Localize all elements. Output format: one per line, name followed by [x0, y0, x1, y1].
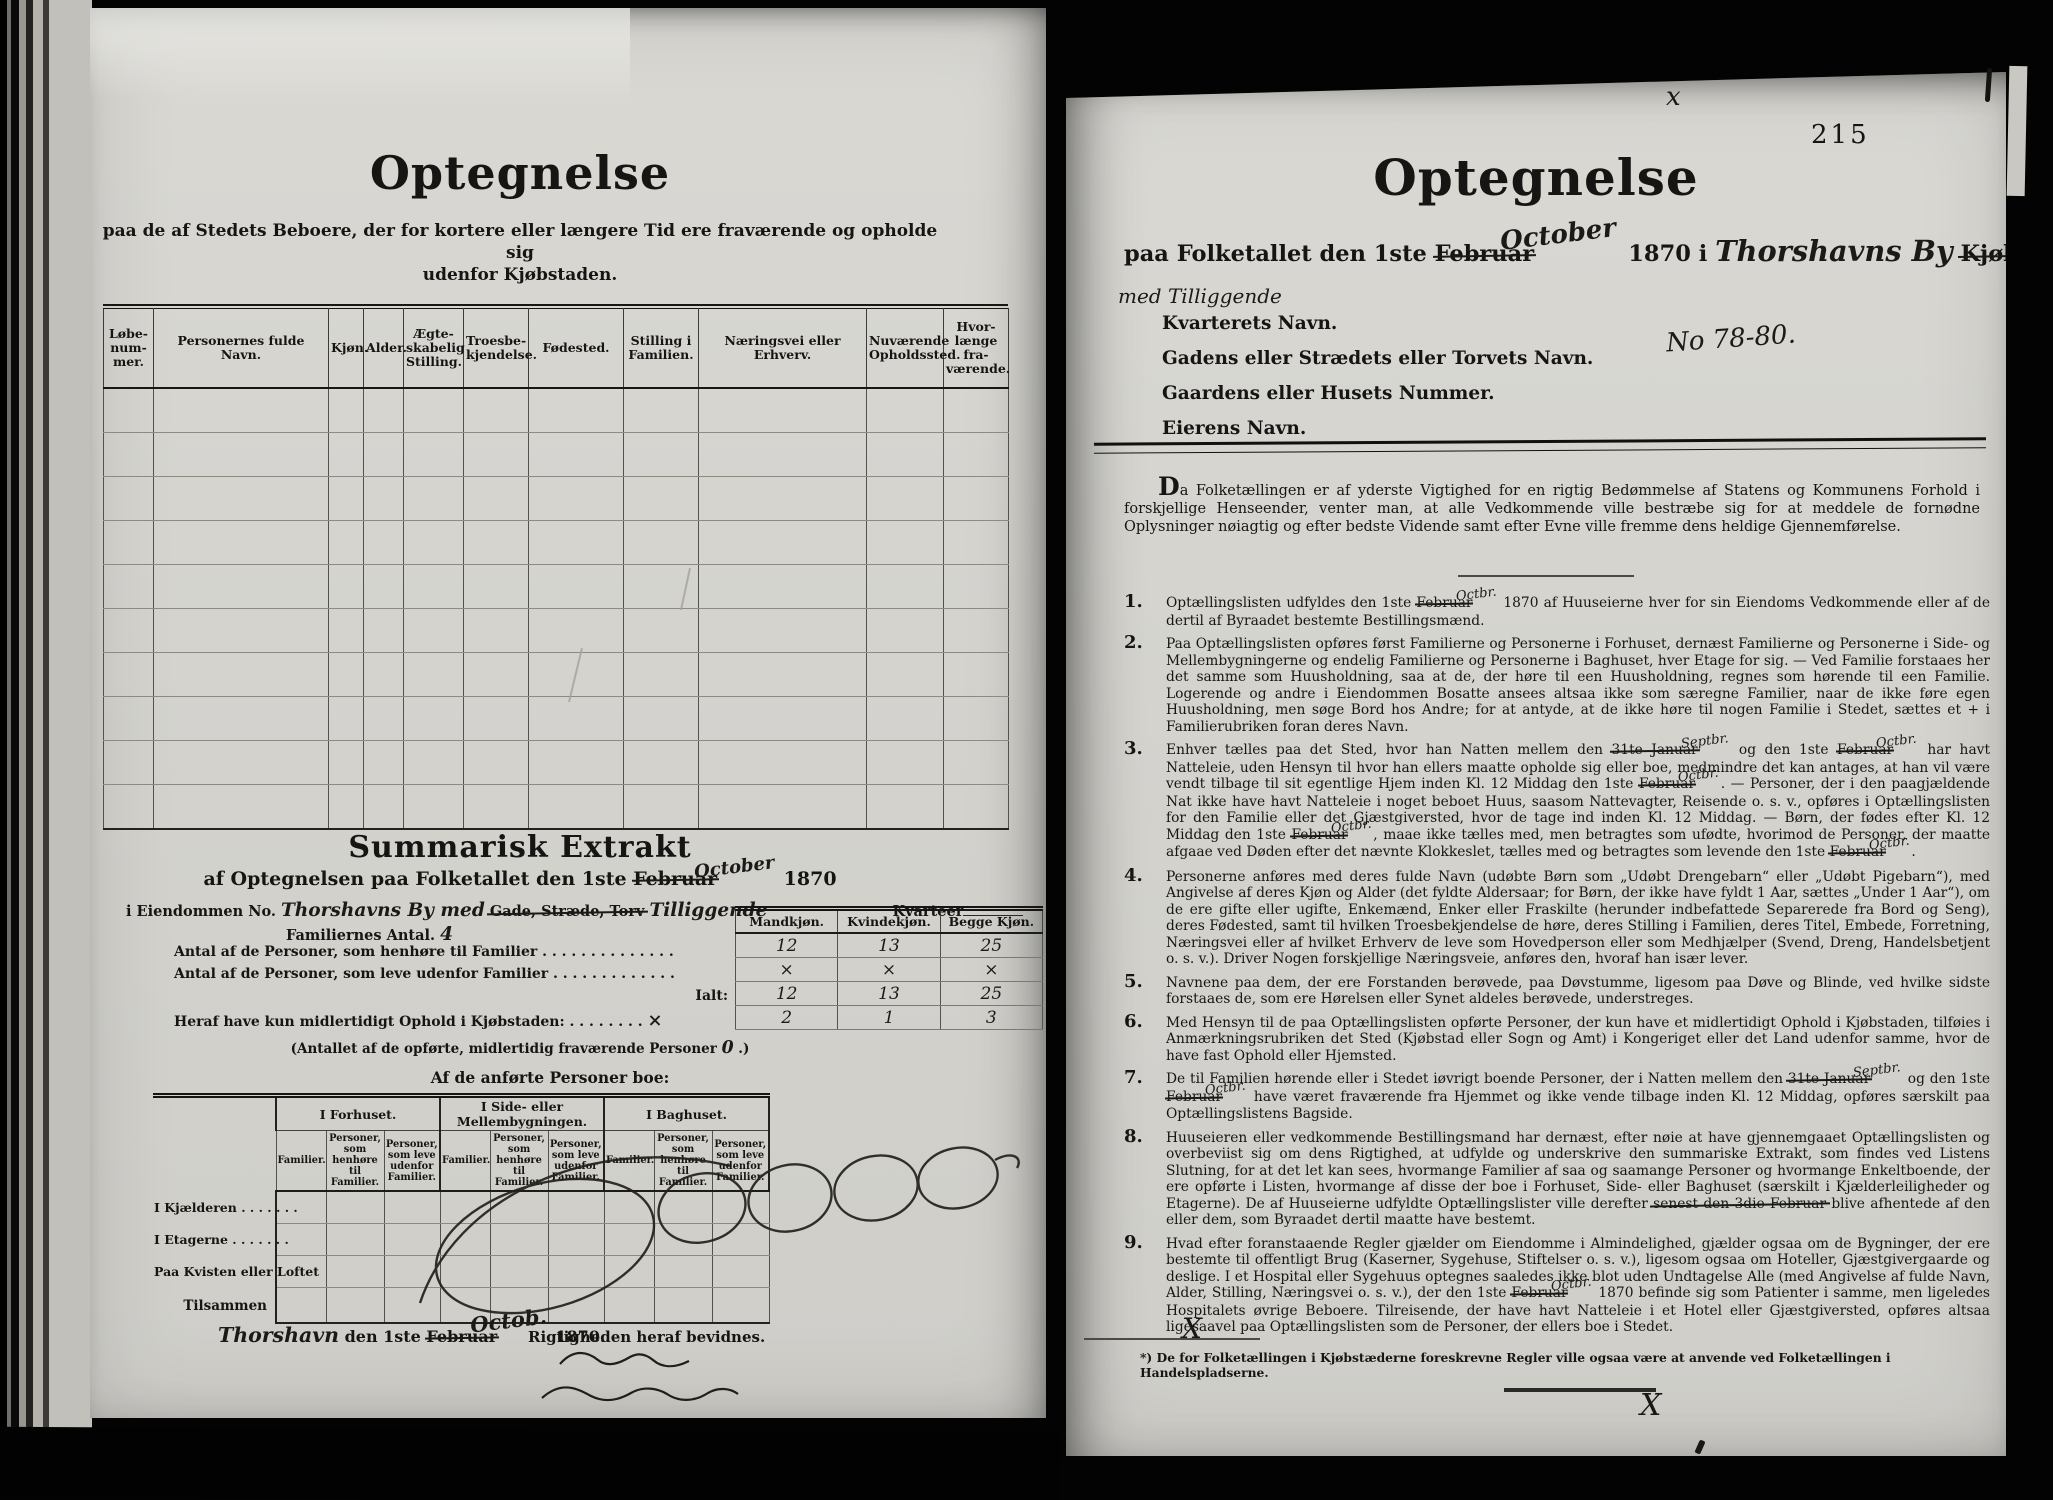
roster-empty-row	[104, 741, 1009, 785]
extract-subtitle: af Optegnelsen paa Folketallet den 1ste …	[90, 868, 950, 890]
right-page: 215 Optegnelse paa Folketallet den 1ste …	[1066, 72, 2006, 1456]
instruction-item: 1. Optællingslisten udfyldes den 1ste Fe…	[1166, 595, 1990, 629]
footnote-divider	[1084, 1338, 1260, 1340]
stats-row: 213	[736, 1006, 1043, 1030]
left-page: Optegnelse paa de af Stedets Beboere, de…	[90, 8, 1046, 1418]
instruction-item: 6. Med Hensyn til de paa Optællingsliste…	[1166, 1015, 1990, 1065]
roster-header-cell: Nuværende Opholdssted.	[867, 309, 944, 389]
housing-row-label: Paa Kvisten eller Loftet	[153, 1256, 276, 1288]
housing-corner	[153, 1096, 276, 1131]
stats-row2-label: Antal af de Personer, som leve udenfor F…	[174, 966, 675, 982]
instruction-item: 9. Hvad efter foranstaaende Regler gjæld…	[1166, 1236, 1990, 1336]
stats-value: 25	[940, 933, 1042, 958]
stats-header-cell: Kvindekjøn.	[838, 909, 940, 934]
stats-value: 13	[838, 982, 940, 1006]
subtitle-line-2: udenfor Kjøbstaden.	[90, 264, 950, 286]
stats-value: 25	[940, 982, 1042, 1006]
item-number: 6.	[1124, 1014, 1143, 1031]
housing-subcol: Personer, som leve udenfor Familier.	[548, 1131, 604, 1192]
stats-value: 2	[736, 1006, 838, 1030]
bottom-divider	[1504, 1388, 1656, 1392]
roster-header-row: Løbe-num-mer.Personernes fulde Navn.Kjøn…	[104, 309, 1009, 389]
instruction-item: 4. Personerne anføres med deres fulde Na…	[1166, 869, 1990, 968]
roster-empty-row	[104, 565, 1009, 609]
housing-row-label: I Kjælderen . . . . . . .	[153, 1191, 276, 1224]
item-number: 9.	[1124, 1235, 1143, 1252]
item-text: Med Hensyn til de paa Optællingslisten o…	[1166, 1015, 1990, 1064]
instruction-item: 3. Enhver tælles paa det Sted, hvor han …	[1166, 742, 1990, 862]
header-field: Gaardens eller Husets Nummer.	[1162, 376, 1762, 411]
instruction-item: 7. De til Familien hørende eller i Stede…	[1166, 1071, 1990, 1123]
x-mark-top: x	[1666, 82, 1681, 112]
housing-total-label: Tilsammen	[153, 1288, 276, 1324]
housing-subcol: Personer, som henhøre til Familier.	[326, 1131, 384, 1192]
item-number: 2.	[1124, 635, 1143, 652]
book-fore-edge	[0, 0, 92, 1444]
roster-header-cell: Alder.	[364, 309, 404, 389]
med-tilliggende-handwritten: med Tilliggende	[1118, 284, 1282, 308]
item-number: 1.	[1124, 594, 1143, 611]
roster-table-wrap: Løbe-num-mer.Personernes fulde Navn.Kjøn…	[103, 304, 1008, 830]
roster-header-cell: Ægte-skabelig Stilling.	[404, 309, 464, 389]
housing-subcol: Familier.	[276, 1131, 326, 1192]
stats-row1-label: Antal af de Personer, som henhøre til Fa…	[174, 944, 674, 960]
subtitle-line-1: paa de af Stedets Beboere, der for korte…	[90, 220, 950, 264]
stats-value: 3	[940, 1006, 1042, 1030]
stats-value: ×	[736, 958, 838, 982]
right-page-title: Optegnelse	[1066, 148, 2006, 207]
stats-ialt-label: Ialt:	[490, 988, 728, 1004]
stats-body: 121325 ××× 121325 213	[736, 933, 1043, 1030]
instruction-item: 2. Paa Optællingslisten opføres først Fa…	[1166, 636, 1990, 735]
stats-row: ×××	[736, 958, 1043, 982]
item-number: 4.	[1124, 868, 1143, 885]
item-number: 8.	[1124, 1129, 1143, 1146]
section-divider	[1458, 575, 1634, 577]
housing-body: I Kjælderen . . . . . . . I Etagerne . .…	[153, 1191, 769, 1288]
item-text: Navnene paa dem, der ere Forstanden berø…	[1166, 975, 1990, 1008]
item-text: Optællingslisten udfyldes den 1ste Febru…	[1166, 595, 1990, 629]
housing-corner	[153, 1131, 276, 1192]
stats-value: 12	[736, 982, 838, 1006]
housing-subheader-row: Familier.Personer, som henhøre til Famil…	[153, 1131, 769, 1192]
roster-header-cell: Kjøn.	[329, 309, 364, 389]
footnote: *) De for Folketællingen i Kjøbstæderne …	[1140, 1350, 1930, 1380]
stats-header-cell: Begge Kjøn.	[940, 909, 1042, 934]
housing-subcol: Personer, som henhøre til Familier.	[654, 1131, 712, 1192]
housing-subcol: Familier.	[604, 1131, 654, 1192]
housing-row-label: I Etagerne . . . . . . .	[153, 1224, 276, 1256]
housing-total-row: Tilsammen	[153, 1288, 769, 1324]
roster-empty-row	[104, 653, 1009, 697]
housing-row: Paa Kvisten eller Loftet	[153, 1256, 769, 1288]
x-mark-bottom-left: X	[1182, 1312, 1202, 1345]
scan-bottom-shadow	[0, 1427, 1060, 1500]
item-text: Personerne anføres med deres fulde Navn …	[1166, 869, 1990, 968]
stats-heraf-label: Heraf have kun midlertidigt Ophold i Kjø…	[174, 1010, 663, 1031]
stats-value: ×	[940, 958, 1042, 982]
housing-table-wrap: I Forhuset.I Side- eller Mellembygningen…	[153, 1093, 769, 1324]
book-scan: { "left_page": { "title": "Optegnelse", …	[0, 0, 2053, 1500]
housing-table: I Forhuset.I Side- eller Mellembygningen…	[153, 1093, 770, 1324]
housing-subcol: Personer, som henhøre til Familier.	[490, 1131, 548, 1192]
roster-header-cell: Løbe-num-mer.	[104, 309, 154, 389]
stats-value: ×	[838, 958, 940, 982]
location-text: i Eiendommen No. Thorshavns By med Gade,…	[126, 903, 767, 920]
extract-title: Summarisk Extrakt	[90, 830, 950, 865]
extract-note: (Antallet af de opførte, midlertidig fra…	[200, 1038, 840, 1058]
housing-subcol: Personer, som leve udenfor Familier.	[712, 1131, 769, 1192]
boe-heading: Af de anførte Personer boe:	[300, 1068, 800, 1087]
housing-subcol: Personer, som leve udenfor Familier.	[384, 1131, 440, 1192]
left-page-title: Optegnelse	[90, 146, 950, 200]
signature	[542, 1353, 738, 1400]
next-page-edge	[2007, 66, 2028, 196]
stats-value: 1	[838, 1006, 940, 1030]
attest-line: Rigtigheden heraf bevidnes.	[528, 1328, 765, 1346]
roster-body	[104, 388, 1009, 829]
stats-value: 13	[838, 933, 940, 958]
housing-row: I Kjælderen . . . . . . .	[153, 1191, 769, 1224]
stats-table: Mandkjøn.Kvindekjøn.Begge Kjøn. 121325 ×…	[735, 906, 1043, 1030]
stats-row: 121325	[736, 982, 1043, 1006]
stats-value: 12	[736, 933, 838, 958]
roster-empty-row	[104, 433, 1009, 477]
roster-empty-row	[104, 697, 1009, 741]
roster-empty-row	[104, 609, 1009, 653]
roster-header-cell: Næringsvei eller Erhverv.	[699, 309, 867, 389]
x-mark-bottom-right: X	[1640, 1388, 1661, 1423]
header-fields: Kvarterets Navn.Gadens eller Strædets el…	[1162, 306, 1762, 446]
instruction-items: 1. Optællingslisten udfyldes den 1ste Fe…	[1166, 595, 1990, 1343]
instruction-item: 8. Huuseieren eller vedkommende Bestilli…	[1166, 1130, 1990, 1229]
item-text: Hvad efter foranstaaende Regler gjælder …	[1166, 1236, 1990, 1336]
housing-subcol: Familier.	[440, 1131, 490, 1192]
item-text: Huuseieren eller vedkommende Bestillings…	[1166, 1130, 1990, 1229]
item-number: 7.	[1124, 1070, 1143, 1087]
roster-empty-row	[104, 477, 1009, 521]
roster-empty-row	[104, 521, 1009, 565]
roster-header-cell: Fødested.	[529, 309, 624, 389]
stats-header-cell: Mandkjøn.	[736, 909, 838, 934]
stats-table-wrap: Mandkjøn.Kvindekjøn.Begge Kjøn. 121325 ×…	[735, 906, 1043, 1030]
roster-empty-row	[104, 388, 1009, 433]
page-number: 215	[1811, 120, 1870, 150]
roster-empty-row	[104, 785, 1009, 830]
families-count-line: Familiernes Antal. 4	[286, 924, 616, 945]
housing-group-header: I Forhuset.	[276, 1096, 440, 1131]
intro-paragraph: Da Folketællingen er af yderste Vigtighe…	[1124, 478, 1980, 536]
right-page-heading: paa Folketallet den 1ste FebruarOctober …	[1124, 234, 1994, 268]
stats-header-row: Mandkjøn.Kvindekjøn.Begge Kjøn.	[736, 909, 1043, 934]
item-text: Enhver tælles paa det Sted, hvor han Nat…	[1166, 742, 1990, 860]
housing-group-header: I Baghuset.	[604, 1096, 769, 1131]
instruction-item: 5. Navnene paa dem, der ere Forstanden b…	[1166, 975, 1990, 1008]
item-text: De til Familien hørende eller i Stedet i…	[1166, 1071, 1990, 1122]
item-number: 5.	[1124, 974, 1143, 991]
roster-header-cell: Personernes fulde Navn.	[154, 309, 329, 389]
housing-group-header: I Side- eller Mellembygningen.	[440, 1096, 604, 1131]
roster-header-cell: Stilling i Familien.	[624, 309, 699, 389]
roster-table: Løbe-num-mer.Personernes fulde Navn.Kjøn…	[103, 308, 1009, 830]
housing-group-row: I Forhuset.I Side- eller Mellembygningen…	[153, 1096, 769, 1131]
roster-header-cell: Troesbe-kjendelse.	[464, 309, 529, 389]
housing-row: I Etagerne . . . . . . .	[153, 1224, 769, 1256]
stats-row: 121325	[736, 933, 1043, 958]
item-text: Paa Optællingslisten opføres først Famil…	[1166, 636, 1990, 735]
item-number: 3.	[1124, 741, 1143, 758]
left-page-subtitle: paa de af Stedets Beboere, der for korte…	[90, 220, 950, 286]
